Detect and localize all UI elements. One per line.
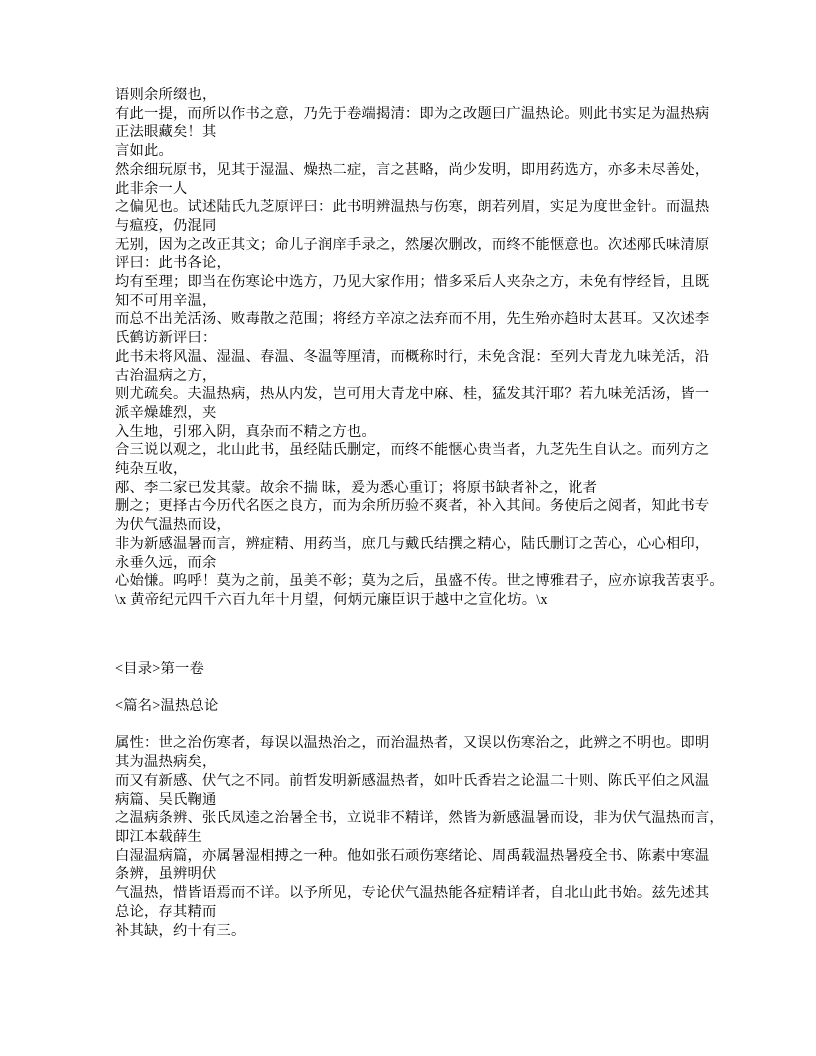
preface-line: 入生地，引邪入阴，真杂而不精之方也。: [115, 423, 711, 442]
preface-line: 则尤疏矣。夫温热病，热从内发，岂可用大青龙中麻、桂，猛发其汗耶？若九味羌活汤，皆…: [115, 385, 711, 404]
preface-block: 语则余所缀也， 有此一提，而所以作书之意，乃先于卷端揭清：即为之改题曰广温热论。…: [115, 86, 711, 610]
preface-line: 正法眼藏矣！其: [115, 123, 711, 142]
body-line: 病篇、吴氏鞠通: [115, 791, 711, 810]
body-line: 总论，存其精而: [115, 903, 711, 922]
body-line: 即江本载薛生: [115, 828, 711, 847]
preface-line: 有此一提，而所以作书之意，乃先于卷端揭清：即为之改题曰广温热论。则此书实足为温热…: [115, 105, 711, 124]
preface-line: 氏鹤访新评曰：: [115, 329, 711, 348]
preface-line: 此非余一人: [115, 180, 711, 199]
preface-line: 知不可用辛温，: [115, 292, 711, 311]
text-content: 语则余所缀也， 有此一提，而所以作书之意，乃先于卷端揭清：即为之改题曰广温热论。…: [115, 86, 711, 940]
body-line: 气温热，惜皆语焉而不详。以予所见，专论伏气温热能各症精详者，自北山此书始。兹先述…: [115, 884, 711, 903]
preface-line: 古治温病之方，: [115, 367, 711, 386]
body-line: 而又有新感、伏气之不同。前哲发明新感温热者，如叶氏香岩之论温二十则、陈氏平伯之风…: [115, 772, 711, 791]
body-block: 属性：世之治伤寒者，每误以温热治之，而治温热者，又误以伤寒治之，此辨之不明也。即…: [115, 734, 711, 940]
preface-line: 派辛燥雄烈，夹: [115, 404, 711, 423]
body-line: 条辨，虽辨明伏: [115, 865, 711, 884]
body-line: 之温病条辨、张氏凤逵之治暑全书，立说非不精详，然皆为新感温暑而设，非为伏气温热而…: [115, 809, 711, 828]
body-line: 属性：世之治伤寒者，每误以温热治之，而治温热者，又误以伤寒治之，此辨之不明也。即…: [115, 734, 711, 753]
preface-line: 纯杂互收，: [115, 460, 711, 479]
preface-line: 心始慊。呜呼！莫为之前，虽美不彰；莫为之后，虽盛不传。世之博雅君子，应亦谅我苦衷…: [115, 572, 711, 591]
document-page: 语则余所缀也， 有此一提，而所以作书之意，乃先于卷端揭清：即为之改题曰广温热论。…: [0, 0, 816, 1056]
preface-line: 非为新感温暑而言，辨症精、用药当，庶几与戴氏结撰之精心，陆氏删订之苦心，心心相印…: [115, 535, 711, 554]
body-line: 补其缺，约十有三。: [115, 922, 711, 941]
preface-line: 然余细玩原书，见其于湿温、燥热二症，言之甚略，尚少发明，即用药选方，亦多未尽善处…: [115, 161, 711, 180]
body-line: 白湿温病篇，亦属暑湿相搏之一种。他如张石顽伤寒绪论、周禹载温热暑疫全书、陈素中寒…: [115, 847, 711, 866]
preface-line: 言如此。: [115, 142, 711, 161]
preface-line: 评曰：此书各论，: [115, 254, 711, 273]
preface-line: 合三说以观之，北山此书，虽经陆氏删定，而终不能惬心贵当者，九芝先生自认之。而列方…: [115, 441, 711, 460]
preface-line: 永垂久远，而余: [115, 554, 711, 573]
preface-line: 而总不出羌活汤、败毒散之范围；将经方辛凉之法弃而不用，先生殆亦趋时太甚耳。又次述…: [115, 310, 711, 329]
preface-line: 删之；更择古今历代名医之良方，而为余所历验不爽者，补入其间。务使后之阅者，知此书…: [115, 497, 711, 516]
preface-line: \x 黄帝纪元四千六百九年十月望，何炳元廉臣识于越中之宣化坊。\x: [115, 591, 711, 610]
chapter-heading: <篇名>温热总论: [115, 697, 711, 716]
preface-line: 为伏气温热而设，: [115, 516, 711, 535]
preface-line: 之偏见也。试述陆氏九芝原评曰：此书明辨温热与伤寒，朗若列眉，实足为度世金针。而温…: [115, 198, 711, 217]
body-line: 其为温热病矣，: [115, 753, 711, 772]
preface-line: 此书未将风温、湿温、春温、冬温等厘清，而概称时行，未免含混：至列大青龙九味羌活，…: [115, 348, 711, 367]
preface-line: 与瘟疫，仍混同: [115, 217, 711, 236]
preface-line: 均有至理；即当在伤寒论中选方，乃见大家作用；惜多采后人夹杂之方，未免有悖经旨，且…: [115, 273, 711, 292]
toc-heading: <目录>第一卷: [115, 660, 711, 679]
preface-line: 语则余所缀也，: [115, 86, 711, 105]
preface-line: 邴、李二家已发其蒙。故余不揣 昧，爰为悉心重订；将原书缺者补之，讹者: [115, 479, 711, 498]
preface-line: 无别，因为之改正其文；命儿子润庠手录之，然屡次删改，而终不能惬意也。次述邴氏味清…: [115, 236, 711, 255]
